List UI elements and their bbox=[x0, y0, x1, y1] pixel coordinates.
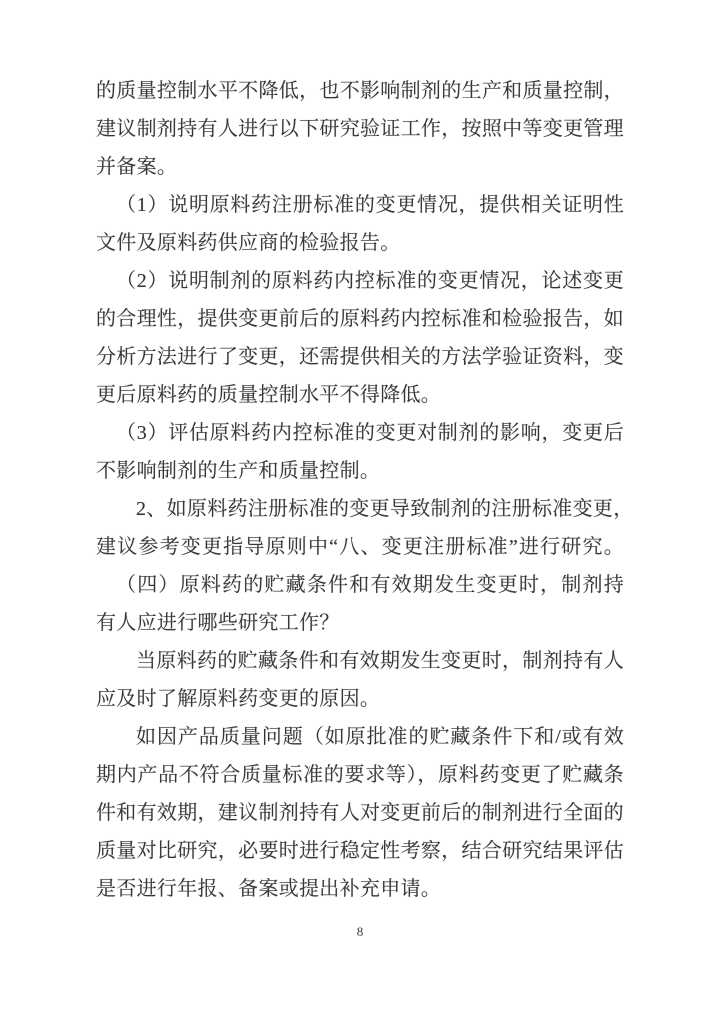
text-line: （3）评估原料药内控标准的变更对制剂的影响，变更后 bbox=[96, 414, 624, 452]
text-line: （1）说明原料药注册标准的变更情况，提供相关证明性 bbox=[96, 186, 624, 224]
text-line: 有人应进行哪些研究工作？ bbox=[96, 604, 624, 642]
text-line: 的合理性，提供变更前后的原料药内控标准和检验报告，如 bbox=[96, 300, 624, 338]
text-line: 2、如原料药注册标准的变更导致制剂的注册标准变更， bbox=[96, 490, 624, 528]
text-line: 建议制剂持有人进行以下研究验证工作，按照中等变更管理 bbox=[96, 110, 624, 148]
text-line: 更后原料药的质量控制水平不得降低。 bbox=[96, 376, 624, 414]
text-line: 的质量控制水平不降低，也不影响制剂的生产和质量控制， bbox=[96, 72, 624, 110]
text-line: 建议参考变更指导原则中“八、变更注册标准”进行研究。 bbox=[96, 528, 624, 566]
text-line: （四）原料药的贮藏条件和有效期发生变更时，制剂持 bbox=[96, 566, 624, 604]
page-number: 8 bbox=[0, 924, 720, 940]
text-line: 并备案。 bbox=[96, 148, 624, 186]
text-line: 如因产品质量问题（如原批准的贮藏条件下和/或有效 bbox=[96, 718, 624, 756]
text-line: 分析方法进行了变更，还需提供相关的方法学验证资料，变 bbox=[96, 338, 624, 376]
text-line: （2）说明制剂的原料药内控标准的变更情况，论述变更 bbox=[96, 262, 624, 300]
text-line: 质量对比研究，必要时进行稳定性考察，结合研究结果评估 bbox=[96, 832, 624, 870]
text-line: 件和有效期，建议制剂持有人对变更前后的制剂进行全面的 bbox=[96, 794, 624, 832]
document-page: 的质量控制水平不降低，也不影响制剂的生产和质量控制， 建议制剂持有人进行以下研究… bbox=[0, 0, 720, 1018]
text-content: 的质量控制水平不降低，也不影响制剂的生产和质量控制， 建议制剂持有人进行以下研究… bbox=[96, 72, 624, 908]
text-line: 不影响制剂的生产和质量控制。 bbox=[96, 452, 624, 490]
text-line: 当原料药的贮藏条件和有效期发生变更时，制剂持有人 bbox=[96, 642, 624, 680]
text-line: 是否进行年报、备案或提出补充申请。 bbox=[96, 870, 624, 908]
text-line: 应及时了解原料药变更的原因。 bbox=[96, 680, 624, 718]
text-line: 文件及原料药供应商的检验报告。 bbox=[96, 224, 624, 262]
text-line: 期内产品不符合质量标准的要求等），原料药变更了贮藏条 bbox=[96, 756, 624, 794]
